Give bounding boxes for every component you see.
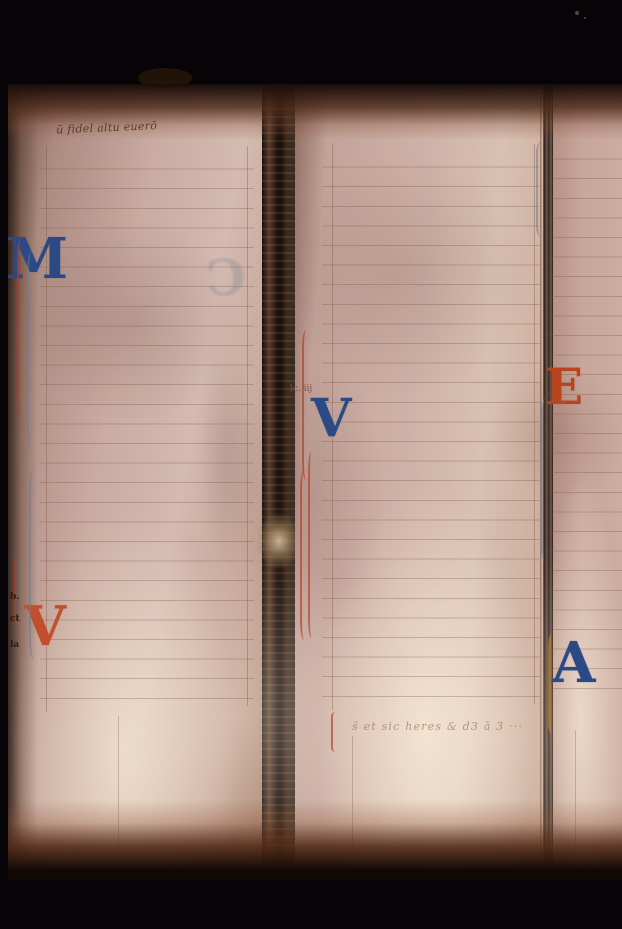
illuminated-initial-m: M [6, 234, 68, 284]
manuscript-photo: C festinacione ī ciuitatē iude.et ītraui… [0, 0, 622, 929]
spine-text-fragment: b. [10, 592, 19, 602]
illuminated-initial-v: V [311, 396, 351, 443]
spine-text-fragment: ct [10, 614, 20, 624]
dust-speck [584, 17, 586, 19]
page-fore-edges [540, 92, 554, 868]
faded-cursive-note: s̄ et sic heres & d3 ā 3 ··· [352, 720, 557, 733]
offset-ghost-initial: C [204, 247, 248, 309]
offset-ghost-smudge [198, 352, 256, 562]
text-line: isite uos scē muliēs [50, 152, 104, 172]
dust-speck [575, 11, 579, 15]
text-line: po' [553, 142, 597, 162]
next-page-edge [553, 84, 622, 878]
illuminated-initial-a: A [552, 638, 595, 688]
spine-text-fragment: la [10, 640, 19, 650]
vertical-rule [534, 144, 535, 704]
rubricated-initial-e: E [545, 364, 583, 409]
binding-gutter [262, 84, 295, 878]
text-line: sare paucas ēdes? nō [338, 150, 384, 170]
burnt-bottom-edge [8, 800, 622, 880]
marginal-note: lc. iij [290, 384, 313, 395]
burnt-top-edge [8, 84, 622, 140]
rubricated-initial-v: V [24, 602, 66, 651]
